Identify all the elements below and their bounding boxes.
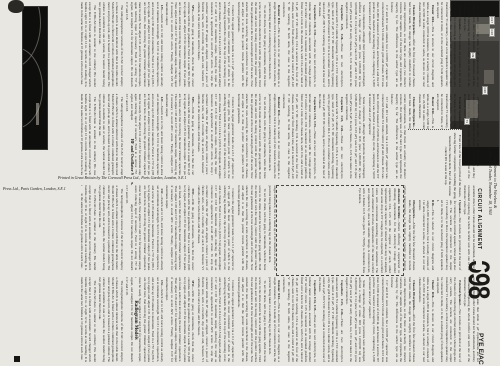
paragraph-run-in-heading: MW.— [191,280,195,290]
header-line-1: Supplement to The Wireless & [493,0,498,366]
body-paragraph: External Speaker.—Two sockets are provid… [436,2,462,87]
body-paragraph: The makers state that while 4 µF replace… [463,277,480,362]
body-paragraph: The radiogramophone versions of the E/AC… [98,277,124,362]
dial-scale-photo [22,6,48,150]
paragraph-run-in-heading: Capacitors C34, C35.— [313,280,317,314]
scan-corner-mark [8,0,24,13]
header-line-2: Electrical Trader, November 18, 1944 [487,0,492,366]
body-paragraph: Chassis Divergencies.—After the first fe… [390,277,416,362]
body-paragraph: Connect the signal generator leads via a… [196,186,235,271]
paragraph-run-in-heading: Heater R16.— [431,280,435,301]
radiogram-models-heading: Radiogram Models [133,278,138,362]
body-paragraph: The makers state that while 4 µF replace… [463,2,480,87]
paragraph-run-in-heading: Capacitors C34, C35.— [313,97,317,131]
paragraph-run-in-heading: Capacitors C25, C26.— [340,5,344,44]
body-paragraph: LW.—Switch set to LW, and leave tuning c… [125,277,164,362]
body-paragraph: The E/BG/AC/Auto is similar to the ordin… [79,2,96,87]
paragraph-run-in-heading: LW.— [160,189,164,198]
page-header: Supplement to The Wireless & Electrical … [487,0,498,366]
alternative-rectifier-heading: Alternative Rectifier. [397,188,401,219]
paragraph-run-in-heading: External Speaker.— [458,5,462,34]
body-paragraph: Resistor R14.—This is shown in our circu… [268,277,281,362]
end-of-article-mark [14,356,20,362]
paragraph-run-in-heading: Resistor R14.— [277,97,281,120]
scanned-service-sheet: Supplement to The Wireless & Electrical … [0,0,500,366]
photo-caption: Front view of the lower portion of the c… [408,129,462,200]
paragraph-run-in-heading: LW.— [160,5,164,14]
paragraph-run-in-heading: LW.— [160,97,164,106]
body-paragraph: Capacitors C34, C35.—These are two wet e… [282,94,317,179]
body-paragraph: Some components, although their position… [345,2,367,87]
body-paragraph: External Speaker.—Two sockets are provid… [436,277,462,362]
body-paragraph: MW.—With the gang at maximum, check that… [165,186,195,271]
dial-highlight [36,103,39,125]
photo-highlight [466,100,478,118]
paragraph-run-in-heading: Resistor R14.— [277,5,281,28]
service-sheet-page: Supplement to The Wireless & Electrical … [0,0,500,366]
body-paragraph: Capacitors C34, C35.—These are two wet e… [282,277,317,362]
body-paragraph: Capacitors C25, C26.—These are two elect… [318,2,344,87]
paragraph-run-in-heading: External Speaker.— [458,97,462,126]
printer-imprint-line-1: Printed in Great Britain by The Cornwall… [56,175,218,182]
body-paragraph: C17 and R11 were omitted, but a 0.0005 µ… [367,2,389,87]
paragraph-run-in-heading: Heater R16.— [431,5,435,26]
body-paragraph: Some components, although their position… [345,277,367,362]
component-label-tag: C17 [489,16,495,25]
component-label-tag: T3 [464,118,470,125]
component-label-tag: C18 [489,28,495,37]
body-paragraph: Some components, although their position… [345,94,367,179]
body-paragraph: Resistor R14.—This is shown in our circu… [268,2,281,87]
body-paragraph: Chassis Divergencies.—After the first fe… [390,2,416,87]
body-paragraph: MW.—With the gang at maximum, check that… [165,2,195,87]
paragraph-run-in-heading: MW.— [191,189,195,199]
paragraph-run-in-heading: Resistor R14.— [277,280,281,303]
body-paragraph: MW.—With the gang at maximum, check that… [165,94,195,179]
body-paragraph: The radiogramophone versions of the E/AC… [98,2,124,87]
body-paragraph: The E/BG/AC/Auto is similar to the ordin… [79,94,96,179]
body-paragraph: Heater R16.—This is shown in our circuit… [417,277,434,362]
photo-highlight [476,24,490,34]
body-paragraph: Connect the signal generator leads via a… [196,94,235,179]
body-paragraph: To set the drum, turn the gang to maximu… [236,94,266,179]
paragraph-run-in-heading: Chassis Divergencies.— [412,97,416,131]
paragraph-run-in-heading: Heater R16.— [431,97,435,118]
paragraph-run-in-heading: Capacitors C25, C26.— [340,97,344,136]
body-paragraph: The radiogramophone versions of the E/AC… [98,186,124,271]
body-paragraph: Connect the signal generator leads via a… [196,2,235,87]
body-paragraph: Capacitors C25, C26.—These are two elect… [318,94,344,179]
body-paragraph: Heater R16.—This is shown in our circuit… [417,2,434,87]
body-paragraph: MW.—With the gang at maximum, check that… [165,277,195,362]
body-paragraph: Capacitors C34, C35.—These are two wet e… [282,2,317,87]
body-paragraph: Connect the signal generator leads via a… [196,277,235,362]
paragraph-run-in-heading: Chassis Divergencies.— [412,5,416,39]
body-paragraph: To set the drum, turn the gang to maximu… [236,277,266,362]
dial-arc [22,47,43,129]
paragraph-run-in-heading: MW.— [191,97,195,107]
body-paragraph: C17 and R11 were omitted, but a 0.0005 µ… [367,277,389,362]
alternative-rectifier-text: Where difficulty is experienced in obtai… [358,188,401,273]
body-paragraph: Resistor R14.—This is shown in our circu… [268,94,281,179]
component-label-tag: C20 [482,86,488,95]
body-paragraph: To set the drum, turn the gang to maximu… [236,2,266,87]
paragraph-run-in-heading: External Speaker.— [458,280,462,309]
body-paragraph: To set the drum, turn the gang to maximu… [236,186,266,271]
alternative-rectifier-box: Alternative Rectifier.—Where difficulty … [276,185,404,276]
body-paragraph: LW.—Switch set to LW, and leave tuning c… [125,2,164,87]
paragraph-run-in-heading: Capacitors C25, C26.— [340,280,344,319]
body-paragraph: The E/BG/AC/Auto is similar to the ordin… [79,186,96,271]
body-paragraph: The E/BG/AC/Auto is similar to the ordin… [79,277,96,362]
paragraph-run-in-heading: MW.— [191,5,195,15]
hf-oscillator-heading: HF and Oscillator Stages. [130,120,135,204]
paragraph-run-in-heading: Chassis Divergencies.— [412,280,416,314]
paragraph-run-in-heading: Capacitors C34, C35.— [313,5,317,39]
body-paragraph: Capacitors C25, C26.—These are two elect… [318,277,344,362]
photo-highlight [484,70,494,84]
body-paragraph: C17 and R11 were omitted, but a 0.0005 µ… [367,94,389,179]
component-label-tag: R9 [470,52,476,59]
circuit-alignment-heading: CIRCUIT ALIGNMENT [476,168,482,270]
body-paragraph: The radiogramophone versions of the E/AC… [98,94,124,179]
printer-imprint-line-2: Press Ltd., Paris Garden, London, S.E.1 [1,186,85,193]
paragraph-run-in-heading: LW.— [160,280,164,289]
